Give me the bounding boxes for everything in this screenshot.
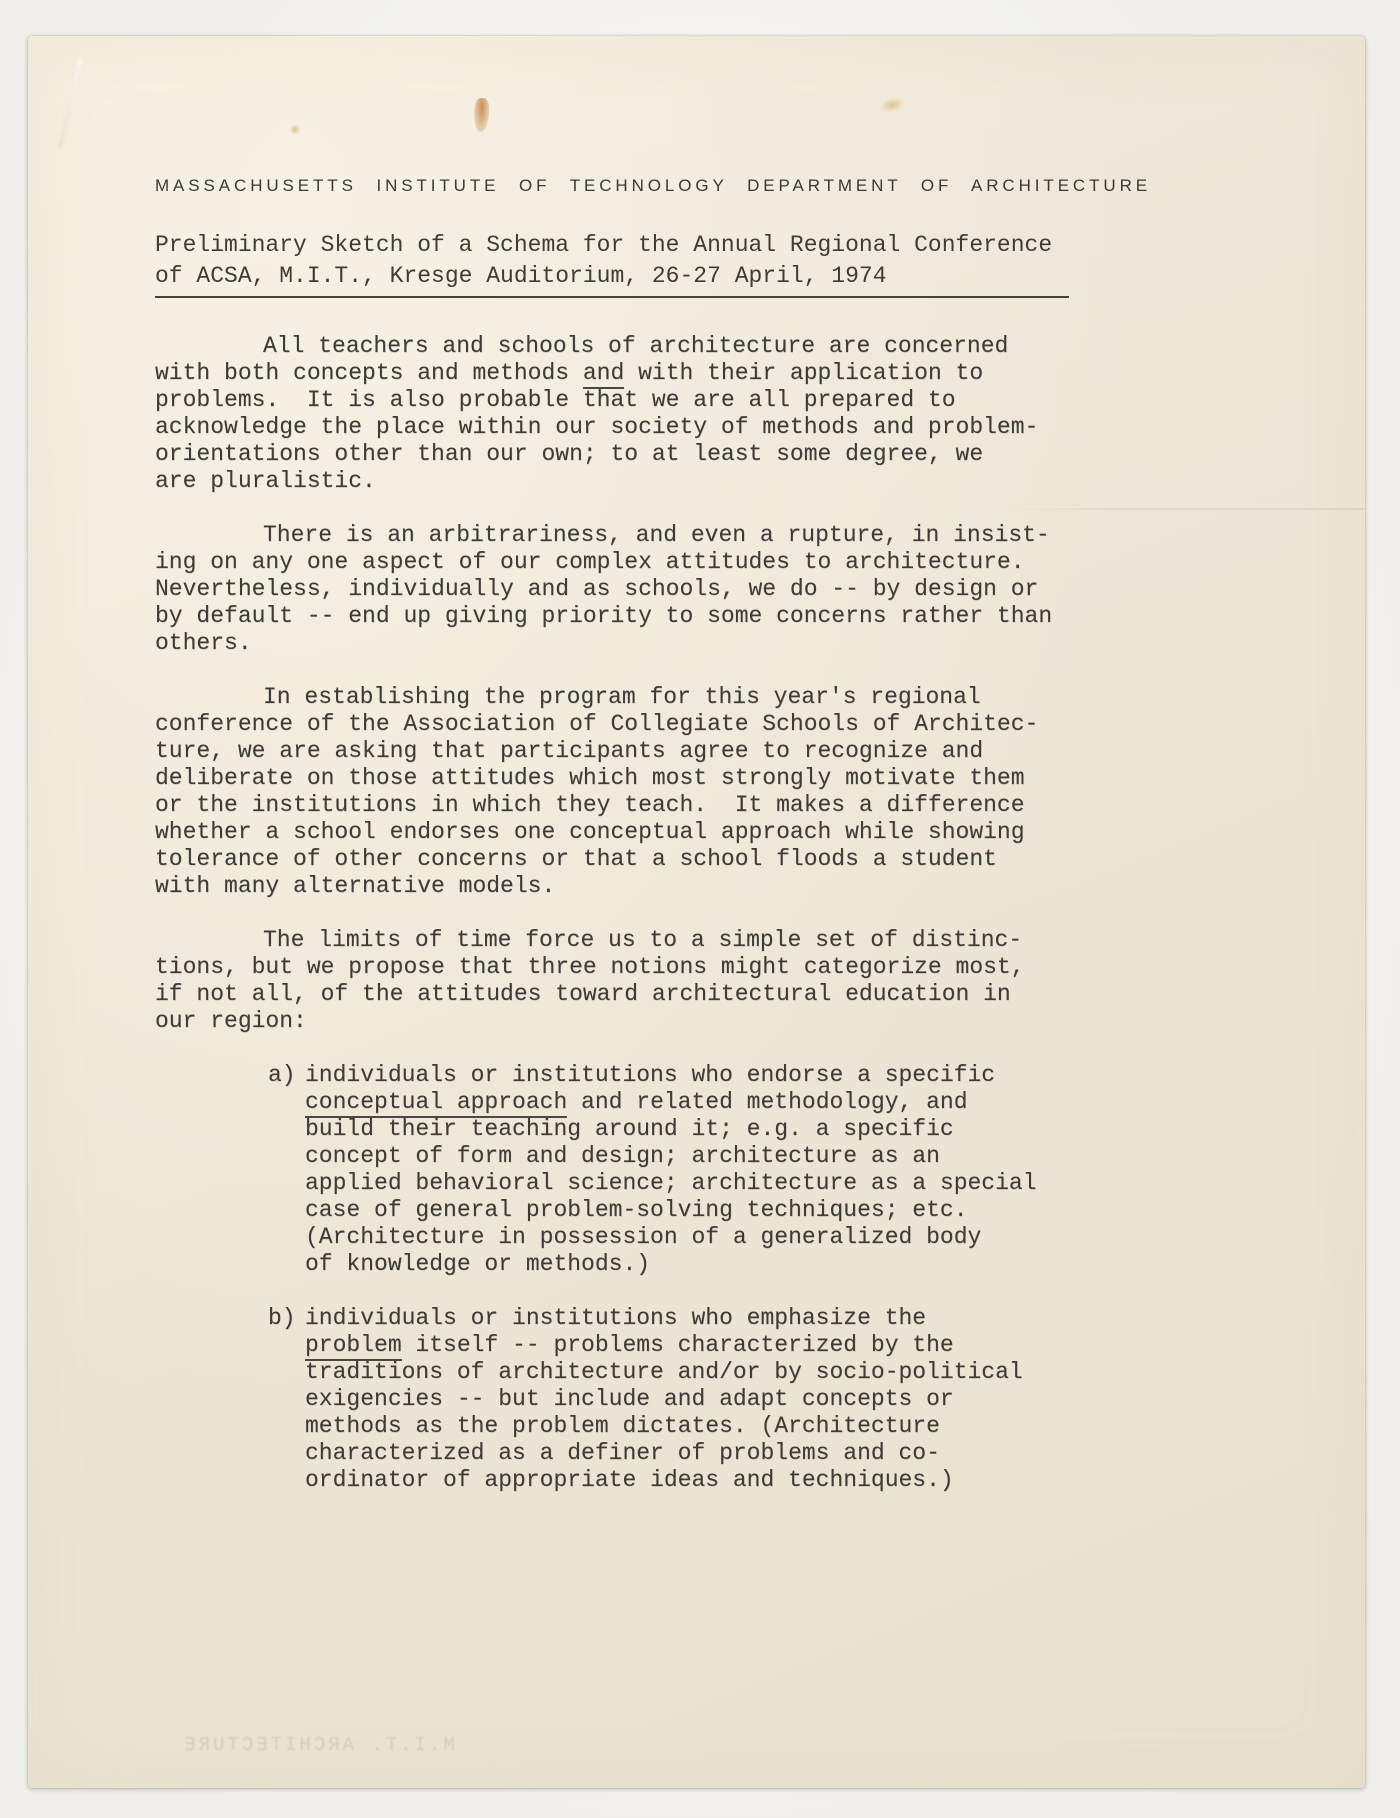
- text-line: (Architecture in possession of a general…: [305, 1224, 1115, 1251]
- paper-crease: [58, 59, 83, 150]
- text-line: characterized as a definer of problems a…: [305, 1440, 1115, 1467]
- text-line: conference of the Association of Collegi…: [155, 711, 1115, 738]
- text-line: individuals or institutions who endorse …: [305, 1062, 1115, 1089]
- text-line: are pluralistic.: [155, 468, 1115, 495]
- list-marker: a): [268, 1062, 296, 1089]
- document-title: Preliminary Sketch of a Schema for the A…: [155, 230, 1069, 298]
- text-line: ture, we are asking that participants ag…: [155, 738, 1115, 765]
- paragraph: The limits of time force us to a simple …: [155, 927, 1115, 1035]
- text-line: case of general problem-solving techniqu…: [305, 1197, 1115, 1224]
- title-line-2: of ACSA, M.I.T., Kresge Auditorium, 26-2…: [155, 261, 1069, 292]
- text-line: tions, but we propose that three notions…: [155, 954, 1115, 981]
- underlined-text: problem: [305, 1332, 402, 1361]
- document-body: All teachers and schools of architecture…: [155, 333, 1115, 1521]
- text-line: methods as the problem dictates. (Archit…: [305, 1413, 1115, 1440]
- text-line: ing on any one aspect of our complex att…: [155, 549, 1115, 576]
- text-line: deliberate on those attitudes which most…: [155, 765, 1115, 792]
- text-line: traditions of architecture and/or by soc…: [305, 1359, 1115, 1386]
- paragraph: All teachers and schools of architecture…: [155, 333, 1115, 495]
- text-line: if not all, of the attitudes toward arch…: [155, 981, 1115, 1008]
- text-line: problem itself -- problems characterized…: [305, 1332, 1115, 1359]
- text-line: our region:: [155, 1008, 1115, 1035]
- text-line: others.: [155, 630, 1115, 657]
- paper-stain-drip: [473, 98, 490, 133]
- text-line: The limits of time force us to a simple …: [155, 927, 1115, 954]
- text-line: of knowledge or methods.): [305, 1251, 1115, 1278]
- bleed-through-text: M.I.T. ARCHITECTURE: [128, 1734, 508, 1756]
- letterhead: MASSACHUSETTS INSTITUTE OF TECHNOLOGY DE…: [155, 176, 1255, 196]
- text-line: tolerance of other concerns or that a sc…: [155, 846, 1115, 873]
- text-line: with both concepts and methods and with …: [155, 360, 1115, 387]
- text-line: concept of form and design; architecture…: [305, 1143, 1115, 1170]
- text-line: build their teaching around it; e.g. a s…: [305, 1116, 1115, 1143]
- paragraph: In establishing the program for this yea…: [155, 684, 1115, 900]
- paper-stain-dot: [290, 124, 300, 135]
- paragraph: There is an arbitrariness, and even a ru…: [155, 522, 1115, 657]
- text-line: by default -- end up giving priority to …: [155, 603, 1115, 630]
- text-line: applied behavioral science; architecture…: [305, 1170, 1115, 1197]
- text-line: ordinator of appropriate ideas and techn…: [305, 1467, 1115, 1494]
- text-line: or the institutions in which they teach.…: [155, 792, 1115, 819]
- document-page: MASSACHUSETTS INSTITUTE OF TECHNOLOGY DE…: [28, 36, 1365, 1788]
- text-line: Nevertheless, individually and as school…: [155, 576, 1115, 603]
- underlined-text: conceptual approach: [305, 1089, 567, 1118]
- text-line: individuals or institutions who emphasiz…: [305, 1305, 1115, 1332]
- list-marker: b): [268, 1305, 296, 1332]
- text-line: All teachers and schools of architecture…: [155, 333, 1115, 360]
- title-line-1: Preliminary Sketch of a Schema for the A…: [155, 230, 1069, 261]
- text-line: conceptual approach and related methodol…: [305, 1089, 1115, 1116]
- scan-background: MASSACHUSETTS INSTITUTE OF TECHNOLOGY DE…: [0, 0, 1400, 1818]
- text-line: In establishing the program for this yea…: [155, 684, 1115, 711]
- text-line: There is an arbitrariness, and even a ru…: [155, 522, 1115, 549]
- text-line: whether a school endorses one conceptual…: [155, 819, 1115, 846]
- underlined-text: and: [583, 360, 624, 389]
- paper-stain-smudge: [879, 95, 906, 114]
- text-line: problems. It is also probable that we ar…: [155, 387, 1115, 414]
- text-line: with many alternative models.: [155, 873, 1115, 900]
- text-line: acknowledge the place within our society…: [155, 414, 1115, 441]
- list-item-a: a)individuals or institutions who endors…: [155, 1062, 1115, 1278]
- text-line: orientations other than our own; to at l…: [155, 441, 1115, 468]
- list-item-b: b)individuals or institutions who emphas…: [155, 1305, 1115, 1494]
- text-line: exigencies -- but include and adapt conc…: [305, 1386, 1115, 1413]
